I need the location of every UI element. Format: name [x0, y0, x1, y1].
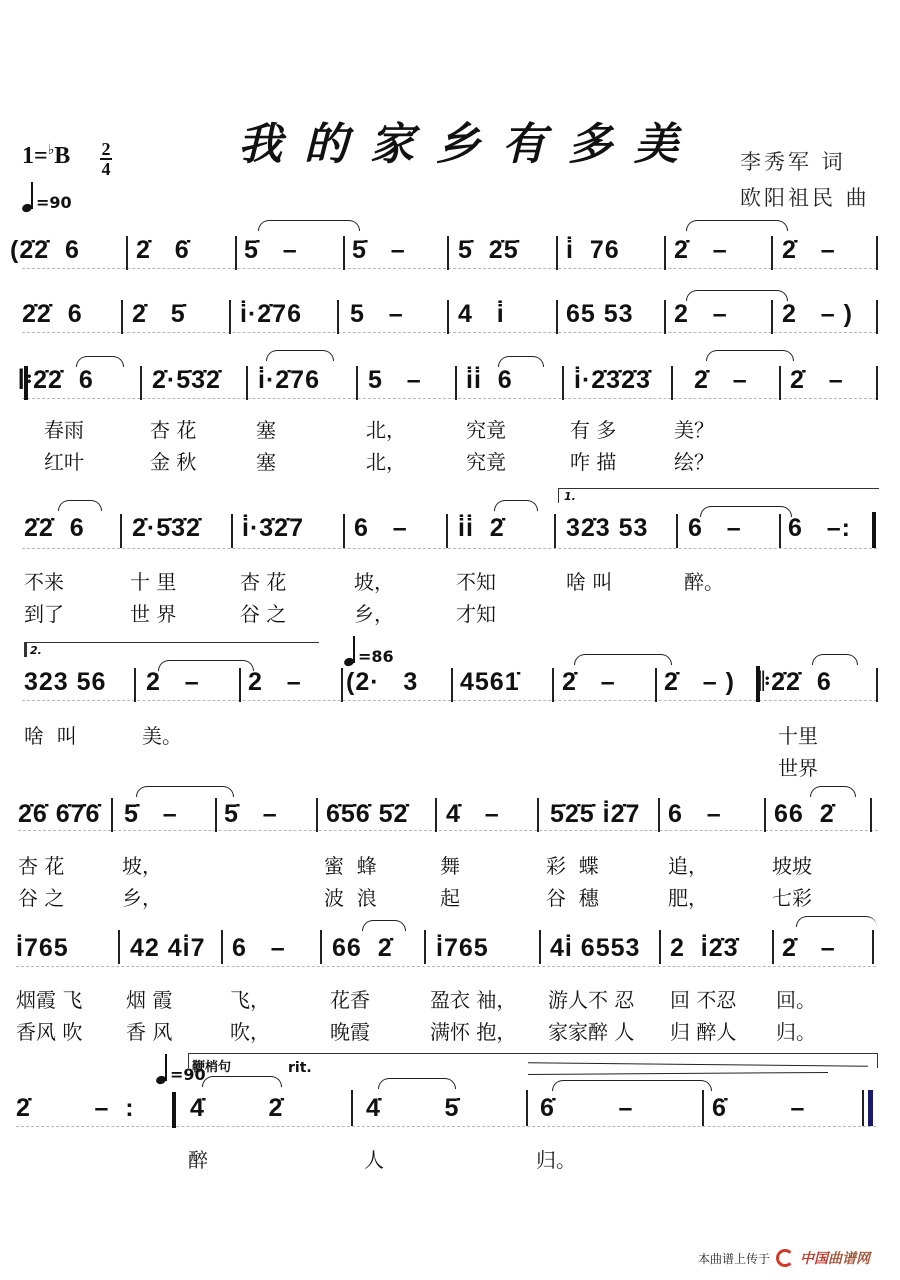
- ritardando-marking: rit.: [288, 1060, 312, 1076]
- uploaded-to-text: 本曲谱上传于: [698, 1250, 770, 1267]
- barline: [221, 930, 223, 964]
- lyric: 塞: [256, 414, 276, 443]
- barline: [676, 514, 678, 548]
- barline: [140, 366, 142, 400]
- tie-arc: [812, 654, 858, 665]
- barline: [446, 514, 448, 548]
- tie-arc: [686, 220, 788, 231]
- staff-guide: [18, 830, 878, 831]
- barline: [424, 930, 426, 964]
- lyric: 七彩: [772, 882, 812, 911]
- first-ending-label: 1.: [564, 490, 576, 503]
- lyric: 世 界: [130, 598, 176, 627]
- barline: [772, 930, 774, 964]
- staff-guide: [22, 548, 877, 549]
- lyric: 归。: [536, 1144, 576, 1173]
- measure: 2̇ –: [782, 236, 836, 265]
- quarter-note-icon: [22, 182, 34, 212]
- tie-arc: [76, 356, 124, 367]
- lyric: 坡坡: [772, 850, 812, 879]
- site-name-brown: 曲谱网: [828, 1248, 870, 1268]
- lyric: 不知: [456, 566, 496, 595]
- lyric: 到了: [24, 598, 64, 627]
- measure: 2 – ): [782, 300, 853, 329]
- measure: i̇765: [16, 934, 69, 963]
- tie-arc: [796, 916, 877, 927]
- measure: 6̇5̇6̇ 5̇2̇: [326, 800, 408, 829]
- lyric: 彩 蝶: [546, 850, 599, 879]
- lyric: 十里: [778, 720, 818, 749]
- measure: 2̇ –: [790, 366, 844, 395]
- lyric: 家家醉 人: [548, 1016, 634, 1045]
- measure: 2̇6̇ 6̇7̇6̇: [18, 800, 100, 829]
- lyric: 杏 花: [240, 566, 286, 595]
- measure: (2· 3: [346, 668, 418, 697]
- tie-arc: [362, 920, 406, 931]
- measure: 6 –: [688, 514, 742, 543]
- time-bottom: 4: [100, 160, 112, 178]
- staff-guide: [22, 700, 877, 701]
- barline: [239, 668, 241, 702]
- tie-arc: [494, 500, 538, 511]
- repeat-end-barline: [172, 1092, 176, 1128]
- site-name-red: 中国: [800, 1248, 828, 1268]
- barline: [343, 236, 345, 270]
- measure: 6 –:: [788, 514, 851, 543]
- final-barline-thin: [862, 1090, 864, 1126]
- measure: 323 56: [24, 668, 106, 697]
- lyric: 塞: [256, 446, 276, 475]
- barline: [134, 668, 136, 702]
- measure: 4 i̇: [458, 300, 505, 329]
- measure: i̇ 76: [566, 236, 620, 265]
- lyric: 不来: [24, 566, 64, 595]
- barline: [659, 930, 661, 964]
- lyric: 烟 霞: [126, 984, 172, 1013]
- barline: [356, 366, 358, 400]
- tie-arc: [810, 786, 856, 797]
- lyric: 归。: [776, 1016, 816, 1045]
- measure: 65 53: [566, 300, 634, 329]
- quarter-note-icon: [344, 636, 356, 666]
- second-ending-label: 2.: [30, 644, 42, 657]
- measure: 66 2̇: [332, 934, 393, 963]
- lyric: 晚霞: [330, 1016, 370, 1045]
- lyric: 醉: [188, 1144, 208, 1173]
- barline: [702, 1090, 704, 1126]
- barline: [556, 300, 558, 334]
- lyric: 杏 花: [18, 850, 64, 879]
- lyric: 春雨: [44, 414, 84, 443]
- lyric: 美？: [674, 414, 714, 443]
- barline: [455, 366, 457, 400]
- lyric: 世界: [778, 752, 818, 781]
- measure: i̇·2̇76: [240, 300, 302, 329]
- barline: [121, 300, 123, 334]
- time-top: 2: [100, 140, 112, 158]
- tempo-value: =86: [358, 647, 394, 666]
- measure: 5 –: [368, 366, 422, 395]
- lyric: 坡，: [354, 566, 394, 595]
- measure: 4561̇: [460, 668, 520, 697]
- measure: 5̇2̇5̇ i̇2̇7: [550, 800, 640, 829]
- measure: 5̇ –: [124, 800, 178, 829]
- lyric: 乡，: [354, 598, 394, 627]
- barline: [537, 798, 539, 832]
- lyric: 谷 之: [18, 882, 64, 911]
- lyric: 醉。: [684, 566, 724, 595]
- lyric: 北，: [366, 414, 406, 443]
- measure: 6̇ –: [712, 1094, 805, 1123]
- lyric: 咋 描: [570, 446, 616, 475]
- barline: [779, 514, 781, 548]
- barline: [771, 236, 773, 270]
- barline: [235, 236, 237, 270]
- measure: 2̇ –: [674, 236, 728, 265]
- barline: [126, 236, 128, 270]
- measure: i̇i̇ 6: [466, 366, 513, 395]
- measure: 2 –: [248, 668, 302, 697]
- barline: [876, 300, 878, 334]
- barline: [655, 668, 657, 702]
- barline: [870, 798, 872, 832]
- measure: 6 –: [232, 934, 286, 963]
- lyric: 香 风: [126, 1016, 172, 1045]
- measure: 5̇ –: [224, 800, 278, 829]
- barline: [554, 514, 556, 548]
- lyric: 满怀 抱，: [430, 1016, 516, 1045]
- lyric: 蜜 蜂: [324, 850, 377, 879]
- composer-credit: 欧阳祖民 曲: [740, 182, 870, 212]
- tie-arc: [552, 1080, 712, 1091]
- barline: [320, 930, 322, 964]
- measure: 32̇3 53: [566, 514, 648, 543]
- barline: [539, 930, 541, 964]
- lyric: 谷 之: [240, 598, 286, 627]
- lyric: 有 多: [570, 414, 616, 443]
- tempo-value: =90: [170, 1065, 206, 1084]
- barline: [562, 366, 564, 400]
- measure: 2 –: [146, 668, 200, 697]
- tie-arc: [706, 350, 794, 361]
- barline: [435, 798, 437, 832]
- lyric: 才知: [456, 598, 496, 627]
- measure: 42 4i̇7: [130, 934, 206, 963]
- measure: 2̇ – ): [664, 668, 735, 697]
- barline: [231, 514, 233, 548]
- second-ending-bracket: [24, 642, 319, 657]
- lyric: 归 醉人: [670, 1016, 736, 1045]
- measure: 2̇2̇ 6: [22, 300, 83, 329]
- lyric: 花香: [330, 984, 370, 1013]
- measure: 2̇ –: [562, 668, 616, 697]
- lyric: 人: [364, 1144, 384, 1173]
- measure: 5 –: [350, 300, 404, 329]
- tie-arc: [136, 786, 234, 797]
- measure: 6̇ –: [540, 1094, 633, 1123]
- lyric: 美。: [142, 720, 182, 749]
- tie-arc: [574, 654, 672, 665]
- measure: 66 2̇: [774, 800, 835, 829]
- barline: [316, 798, 318, 832]
- measure: i̇·2̇76: [258, 366, 320, 395]
- measure: 2̇2̇ 6: [24, 514, 85, 543]
- measure: 5̇ –: [244, 236, 298, 265]
- measure: 4̇ –: [446, 800, 500, 829]
- lyric: 盈衣 袖，: [430, 984, 516, 1013]
- measure: 5̇ 2̇5̇: [458, 236, 519, 265]
- measure: 4̇ 5̇: [366, 1094, 459, 1123]
- repeat-end-barline: [872, 512, 876, 548]
- tempo-change-marking: =86: [344, 636, 394, 666]
- tempo-coda-marking: =90: [156, 1054, 206, 1084]
- lyric: 飞，: [230, 984, 270, 1013]
- barline: [337, 300, 339, 334]
- key-signature: 1=♭B: [22, 142, 70, 170]
- measure: i̇i̇ 2̇: [458, 514, 505, 543]
- barline: [229, 300, 231, 334]
- first-ending-bracket: [558, 488, 879, 503]
- barline: [526, 1090, 528, 1126]
- barline: [451, 668, 453, 702]
- final-barline-thick: [868, 1090, 873, 1126]
- barline: [111, 798, 113, 832]
- barline: [120, 514, 122, 548]
- measure: 2̇ 6̇: [136, 236, 190, 265]
- lyric: 起: [440, 882, 460, 911]
- tie-arc: [266, 350, 334, 361]
- measure: 4̇ 2̇: [190, 1094, 283, 1123]
- lyric: 十 里: [130, 566, 176, 595]
- measure: 2̇ – :: [16, 1094, 135, 1123]
- measure: 𝄆2̇2̇ 6: [20, 366, 94, 395]
- measure: 2̇ 5̇: [132, 300, 186, 329]
- barline: [343, 514, 345, 548]
- measure: (2̇2̇ 6: [10, 236, 80, 265]
- barline: [671, 366, 673, 400]
- measure: 5̇ –: [352, 236, 406, 265]
- barline: [118, 930, 120, 964]
- barline: [658, 798, 660, 832]
- barline: [664, 300, 666, 334]
- staff-guide: [16, 1126, 876, 1127]
- barline: [872, 930, 874, 964]
- tie-arc: [202, 1076, 282, 1087]
- lyric: 波 浪: [324, 882, 377, 911]
- measure: i̇·3̇2̇7: [242, 514, 304, 543]
- lyric: 吹，: [230, 1016, 270, 1045]
- quarter-note-icon: [156, 1054, 168, 1084]
- decrescendo-line-bottom: [528, 1072, 828, 1075]
- lyric: 谷 穗: [546, 882, 599, 911]
- site-logo-icon: [776, 1249, 794, 1267]
- barline: [764, 798, 766, 832]
- staff-guide: [16, 966, 876, 967]
- measure: i̇765: [436, 934, 489, 963]
- lyric: 啥 叫: [566, 566, 612, 595]
- lyric: 究竟: [466, 446, 506, 475]
- lyric: 烟霞 飞: [16, 984, 82, 1013]
- tie-arc: [58, 500, 102, 511]
- key-prefix: 1=: [22, 143, 48, 169]
- barline: [246, 366, 248, 400]
- lyric: 回 不忍: [670, 984, 736, 1013]
- measure: 2 –: [674, 300, 728, 329]
- barline: [341, 668, 343, 702]
- barline: [664, 236, 666, 270]
- lyric: 香风 吹: [16, 1016, 82, 1045]
- barline: [556, 236, 558, 270]
- tempo-marking: =90: [22, 182, 72, 212]
- barline: [447, 236, 449, 270]
- lyric: 舞: [440, 850, 460, 879]
- measure: 2̇·5̇3̇2̇: [152, 366, 221, 395]
- barline: [552, 668, 554, 702]
- tie-arc: [498, 356, 544, 367]
- measure: 𝄆2̇2̇ 6: [758, 668, 832, 697]
- time-signature: 2 4: [100, 140, 112, 178]
- staff-guide: [22, 398, 877, 399]
- barline: [771, 300, 773, 334]
- measure: 2̇·5̇3̇2̇: [132, 514, 201, 543]
- tie-arc: [378, 1078, 456, 1089]
- upload-watermark: 本曲谱上传于 中国曲谱网: [698, 1248, 870, 1268]
- staff-guide: [22, 332, 877, 333]
- barline: [215, 798, 217, 832]
- lyric: 北，: [366, 446, 406, 475]
- lyricist-credit: 李秀军 词: [740, 146, 846, 176]
- barline: [779, 366, 781, 400]
- measure: i̇·2̇3̇2̇3̇: [574, 366, 651, 395]
- lyric: 追，: [668, 850, 708, 879]
- lyric: 杏 花: [150, 414, 196, 443]
- barline: [876, 366, 878, 400]
- lyric: 啥 叫: [24, 720, 77, 749]
- song-title: 我的家乡有多美: [238, 108, 700, 172]
- measure: 4i̇ 6553: [550, 934, 640, 963]
- lyric: 究竟: [466, 414, 506, 443]
- lyric: 回。: [776, 984, 816, 1013]
- lyric: 肥，: [668, 882, 708, 911]
- tie-arc: [258, 220, 360, 231]
- measure: 2̇ –: [694, 366, 748, 395]
- measure: 6 –: [668, 800, 722, 829]
- barline: [876, 668, 878, 702]
- key-note: B: [54, 143, 70, 169]
- lyric: 坡，: [122, 850, 162, 879]
- lyric: 绘？: [674, 446, 714, 475]
- lyric: 红叶: [44, 446, 84, 475]
- measure: 2̇ –: [782, 934, 836, 963]
- lyric: 乡，: [122, 882, 162, 911]
- tempo-value: =90: [36, 193, 72, 212]
- staff-guide: [22, 268, 877, 269]
- barline: [876, 236, 878, 270]
- lyric: 金 秋: [150, 446, 196, 475]
- lyric: 游人不 忍: [548, 984, 634, 1013]
- barline: [351, 1090, 353, 1126]
- measure: 6 –: [354, 514, 408, 543]
- barline: [447, 300, 449, 334]
- measure: 2 i̇2̇3̇: [670, 934, 739, 963]
